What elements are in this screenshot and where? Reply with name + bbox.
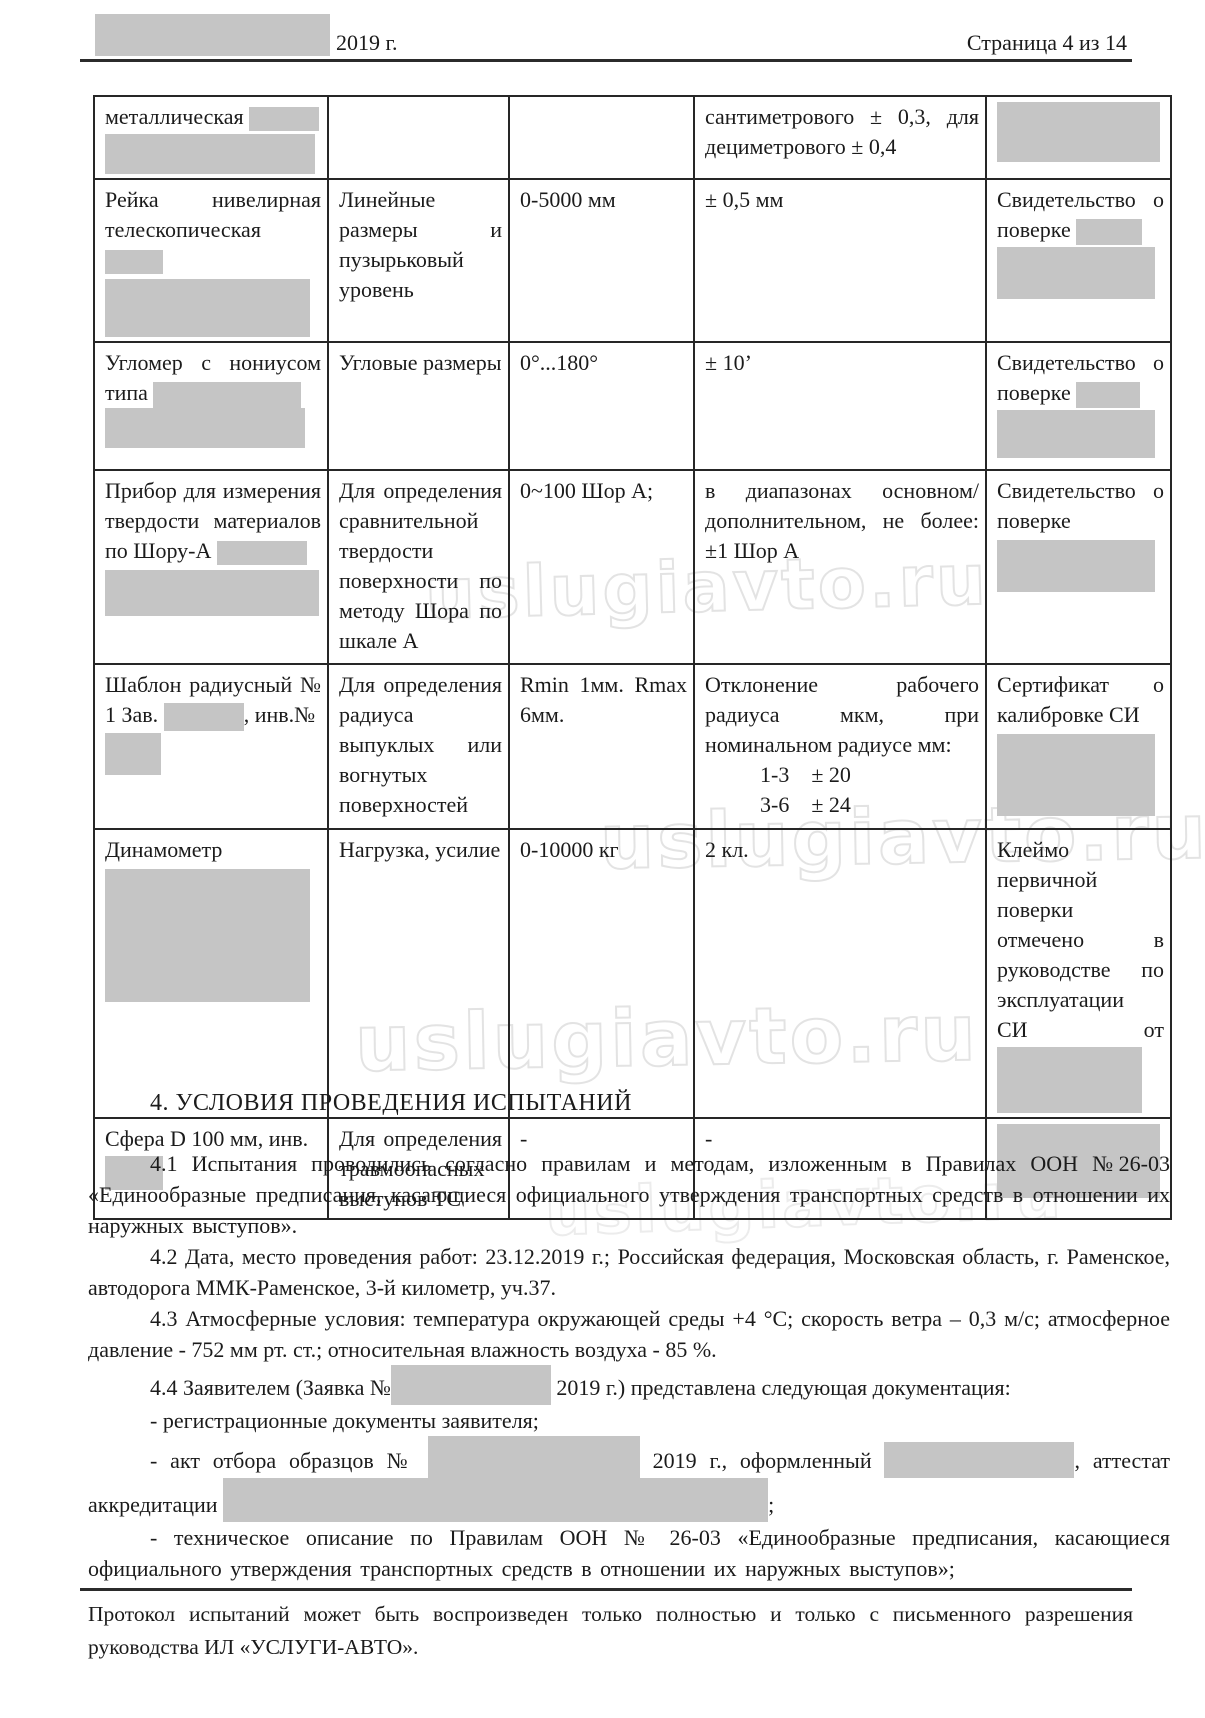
- header-rule: [80, 59, 1132, 62]
- cell-text-line: СИот: [997, 1015, 1164, 1045]
- paragraph-4-3: 4.3 Атмосферные условия: температура окр…: [88, 1303, 1170, 1365]
- redaction-block: [391, 1365, 551, 1405]
- header-left: 2019 г.: [95, 14, 398, 56]
- redaction-block: [105, 733, 161, 775]
- redaction-block: [153, 382, 301, 408]
- cell-cert: [986, 96, 1171, 179]
- redaction-block: [105, 250, 163, 274]
- paragraph-text: ;: [768, 1492, 774, 1517]
- cell-text: , инв.№: [244, 702, 315, 727]
- redaction-block: [997, 734, 1155, 816]
- list-item-act: - акт отбора образцов № 2019 г., оформле…: [88, 1436, 1170, 1522]
- paragraph-text: 2019 г., оформленный: [653, 1448, 872, 1473]
- redaction-block: [997, 410, 1155, 458]
- cell-name: Угломер с нониусом типа: [94, 342, 328, 470]
- tolerance-line: 3-6 ± 24: [705, 790, 979, 820]
- cell-range: [509, 96, 694, 179]
- cell-cert: Свидетельство о поверке: [986, 470, 1171, 664]
- table-row: Прибор для измерения твердости материало…: [94, 470, 1171, 664]
- redaction-block: [164, 703, 244, 731]
- cell-range: Rmin 1мм. Rmax 6мм.: [509, 664, 694, 829]
- cell-text: Сертификат о калибровке СИ: [997, 672, 1164, 727]
- redaction-block: [105, 570, 319, 616]
- cell-cert: Сертификат о калибровке СИ: [986, 664, 1171, 829]
- paragraph-text: 4.4 Заявителем (Заявка №: [150, 1375, 391, 1400]
- redaction-block: [884, 1442, 1074, 1478]
- cell-error: ± 0,5 мм: [694, 179, 986, 342]
- cell-text: СИ: [997, 1015, 1028, 1045]
- redaction-block: [105, 869, 310, 1002]
- cell-range: 0~100 Шор А;: [509, 470, 694, 664]
- header-year: 2019 г.: [336, 30, 398, 56]
- footer-note: Протокол испытаний может быть воспроизве…: [88, 1598, 1133, 1664]
- list-item-registration: - регистрационные документы заявителя;: [88, 1405, 1170, 1436]
- redaction-block: [105, 279, 310, 337]
- redaction-block: [428, 1436, 640, 1478]
- cell-name: Рейка нивелирная телескопическая: [94, 179, 328, 342]
- footer-rule: [80, 1588, 1132, 1591]
- cell-error: сантиметрового ± 0,3, для дециметрового …: [694, 96, 986, 179]
- cell-text: Рейка нивелирная телескопическая: [105, 187, 321, 242]
- cell-name: металлическая: [94, 96, 328, 179]
- cell-range: 0-10000 кг: [509, 829, 694, 1118]
- page-header: 2019 г. Страница 4 из 14: [95, 14, 1127, 56]
- redaction-block: [105, 408, 305, 448]
- redaction-block: [95, 14, 330, 56]
- redaction-block: [997, 102, 1160, 162]
- list-item-tech-description: - техническое описание по Правилам ООН №…: [88, 1522, 1170, 1584]
- table-row: Угломер с нониусом типа Угловые размеры …: [94, 342, 1171, 470]
- redaction-block: [249, 107, 319, 131]
- cell-name: Шаблон радиусный № 1 Зав. , инв.№: [94, 664, 328, 829]
- paragraph-text: 2019 г.) представлена следующая документ…: [556, 1375, 1010, 1400]
- tolerance-line: 1-3 ± 20: [705, 760, 979, 790]
- cell-cert: Свидетельство о поверке: [986, 342, 1171, 470]
- cell-text: Отклонение рабочего радиуса мкм, при ном…: [705, 672, 979, 757]
- cell-error: в диапазонах основном/дополнительном, не…: [694, 470, 986, 664]
- scanned-document-page: 2019 г. Страница 4 из 14 uslugiavto.ru u…: [0, 0, 1205, 1718]
- cell-text: Свидетельство о поверке: [997, 478, 1164, 533]
- cell-range: 0°...180°: [509, 342, 694, 470]
- cell-text: Динамометр: [105, 837, 222, 862]
- cell-text: от: [1144, 1015, 1164, 1045]
- cell-range: 0-5000 мм: [509, 179, 694, 342]
- cell-error: 2 кл.: [694, 829, 986, 1118]
- paragraph-4-2: 4.2 Дата, место проведения работ: 23.12.…: [88, 1241, 1170, 1303]
- cell-purpose: Линейные размеры и пузырьковый уровень: [328, 179, 509, 342]
- cell-error: ± 10’: [694, 342, 986, 470]
- cell-purpose: Для определения радиуса выпуклых или вог…: [328, 664, 509, 829]
- test-conditions-text: 4.1 Испытания проводились согласно прави…: [88, 1148, 1170, 1584]
- table-row: металлическая сантиметрового ± 0,3, для …: [94, 96, 1171, 179]
- redaction-block: [997, 247, 1155, 299]
- table-row: Рейка нивелирная телескопическая Линейны…: [94, 179, 1171, 342]
- redaction-block: [997, 1047, 1142, 1113]
- cell-name: Динамометр: [94, 829, 328, 1118]
- redaction-block: [1076, 219, 1142, 245]
- redaction-block: [997, 540, 1155, 592]
- redaction-block: [217, 541, 307, 565]
- page-number: Страница 4 из 14: [967, 30, 1127, 56]
- redaction-block: [223, 1478, 768, 1522]
- cell-name: Прибор для измерения твердости материало…: [94, 470, 328, 664]
- redaction-block: [105, 134, 315, 174]
- cell-purpose: [328, 96, 509, 179]
- cell-cert: Клеймо первичной поверки отмечено в руко…: [986, 829, 1171, 1118]
- cell-error: Отклонение рабочего радиуса мкм, при ном…: [694, 664, 986, 829]
- paragraph-text: - акт отбора образцов №: [150, 1448, 415, 1473]
- redaction-block: [1076, 382, 1140, 408]
- cell-purpose: Угловые размеры: [328, 342, 509, 470]
- equipment-table: металлическая сантиметрового ± 0,3, для …: [93, 95, 1172, 1220]
- table-row: Шаблон радиусный № 1 Зав. , инв.№ Для оп…: [94, 664, 1171, 829]
- cell-cert: Свидетельство о поверке: [986, 179, 1171, 342]
- paragraph-4-4: 4.4 Заявителем (Заявка № 2019 г.) предст…: [88, 1365, 1170, 1405]
- table-row: Динамометр Нагрузка, усилие 0-10000 кг 2…: [94, 829, 1171, 1118]
- cell-text: металлическая: [105, 104, 244, 129]
- cell-purpose: Для определения сравнительной твердости …: [328, 470, 509, 664]
- section-heading: 4. УСЛОВИЯ ПРОВЕДЕНИЯ ИСПЫТАНИЙ: [150, 1090, 632, 1117]
- cell-text: Клеймо первичной поверки отмечено в руко…: [997, 837, 1164, 1012]
- paragraph-4-1: 4.1 Испытания проводились согласно прави…: [88, 1148, 1170, 1241]
- cell-purpose: Нагрузка, усилие: [328, 829, 509, 1118]
